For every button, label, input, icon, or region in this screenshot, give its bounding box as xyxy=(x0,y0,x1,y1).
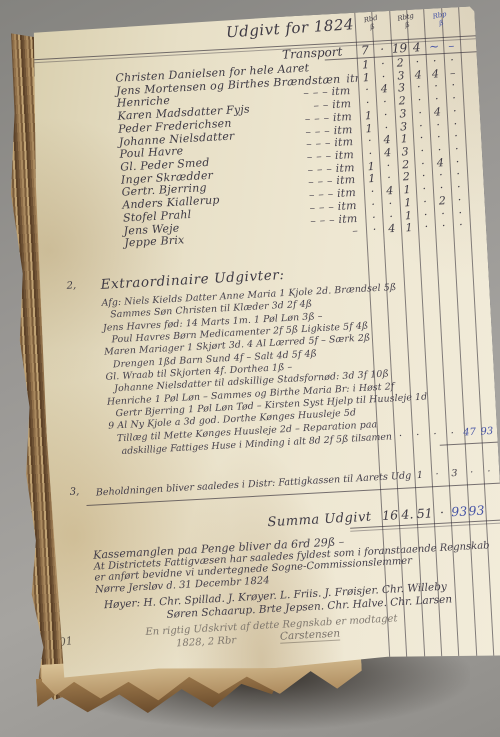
amount-cell: · xyxy=(373,42,391,57)
amount-cell: · xyxy=(480,466,498,478)
column-header: Rbp ß xyxy=(422,6,462,41)
column-headers: Rbd ßRbtg ßRbp ß xyxy=(354,8,459,42)
amount-cell: · xyxy=(463,467,481,479)
ledger-page: Udgivt for 1824 Rbd ßRbtg ßRbp ß Transpo… xyxy=(25,6,500,679)
amount-cell: 47 xyxy=(461,427,479,439)
amount-cell: · xyxy=(409,430,427,442)
amount-cell: · xyxy=(392,430,410,442)
amount-cell: 3 xyxy=(446,468,464,480)
amount-cell: · xyxy=(428,469,446,481)
amount-cell: · xyxy=(426,429,444,441)
amount-cell: · xyxy=(435,219,453,233)
entries-list: Christen Danielsen for hele Aaret1·2···J… xyxy=(27,52,486,254)
amount-cell: · xyxy=(433,504,451,520)
amount-cell: 1 xyxy=(411,469,429,481)
amount-cell: 4 xyxy=(383,222,401,236)
amount-cell: · xyxy=(418,220,436,234)
amount-cell: 4 xyxy=(408,40,426,55)
amount-cell: 1 xyxy=(400,221,418,235)
amount-cells: 164.51·9393 xyxy=(381,502,486,523)
margin-mark-2: 2, xyxy=(66,280,76,292)
entry-name: Jeppe Brix xyxy=(124,234,185,250)
amount-cell: 16 xyxy=(381,507,399,523)
amount-cells: 1·3··· xyxy=(411,465,500,482)
amount-cell: 4. xyxy=(398,506,416,522)
beholdning-row: Beholdningen bliver saaledes i Distr: Fa… xyxy=(50,466,500,501)
amount-cell: 19 xyxy=(390,41,408,56)
extra-section-lines: Afg: Niels Kields Datter Anne Maria 1 Kj… xyxy=(39,277,496,449)
beholdning-text: Beholdningen bliver saaledes i Distr: Fa… xyxy=(50,470,412,501)
amount-cell: 93 xyxy=(467,502,485,518)
amount-cell: · xyxy=(443,428,461,440)
amount-cell: 93 xyxy=(450,503,468,519)
amount-cell: ~ xyxy=(425,39,443,54)
amount-cell: 93 xyxy=(478,426,496,438)
page-content: Udgivt for 1824 Rbd ßRbtg ßRbp ß Transpo… xyxy=(25,6,500,679)
amount-cell: – xyxy=(442,38,460,53)
amount-cell: 51 xyxy=(416,505,434,521)
entry-ditto-mark: – xyxy=(346,224,358,238)
column-header: Rbd ß xyxy=(353,10,393,45)
amount-cell: · xyxy=(366,223,384,237)
entry-ditto-mark xyxy=(343,59,350,72)
photo-background: Udgivt for 1824 Rbd ßRbtg ßRbp ß Transpo… xyxy=(0,0,500,737)
ledger-book: Udgivt for 1824 Rbd ßRbtg ßRbp ß Transpo… xyxy=(25,6,500,679)
footnote-signature: Carstensen xyxy=(280,627,341,643)
footnote-line-2: 1828, 2 Rbr xyxy=(176,635,237,649)
amount-cell: 7 xyxy=(356,43,374,58)
amount-cell: · xyxy=(452,218,470,232)
